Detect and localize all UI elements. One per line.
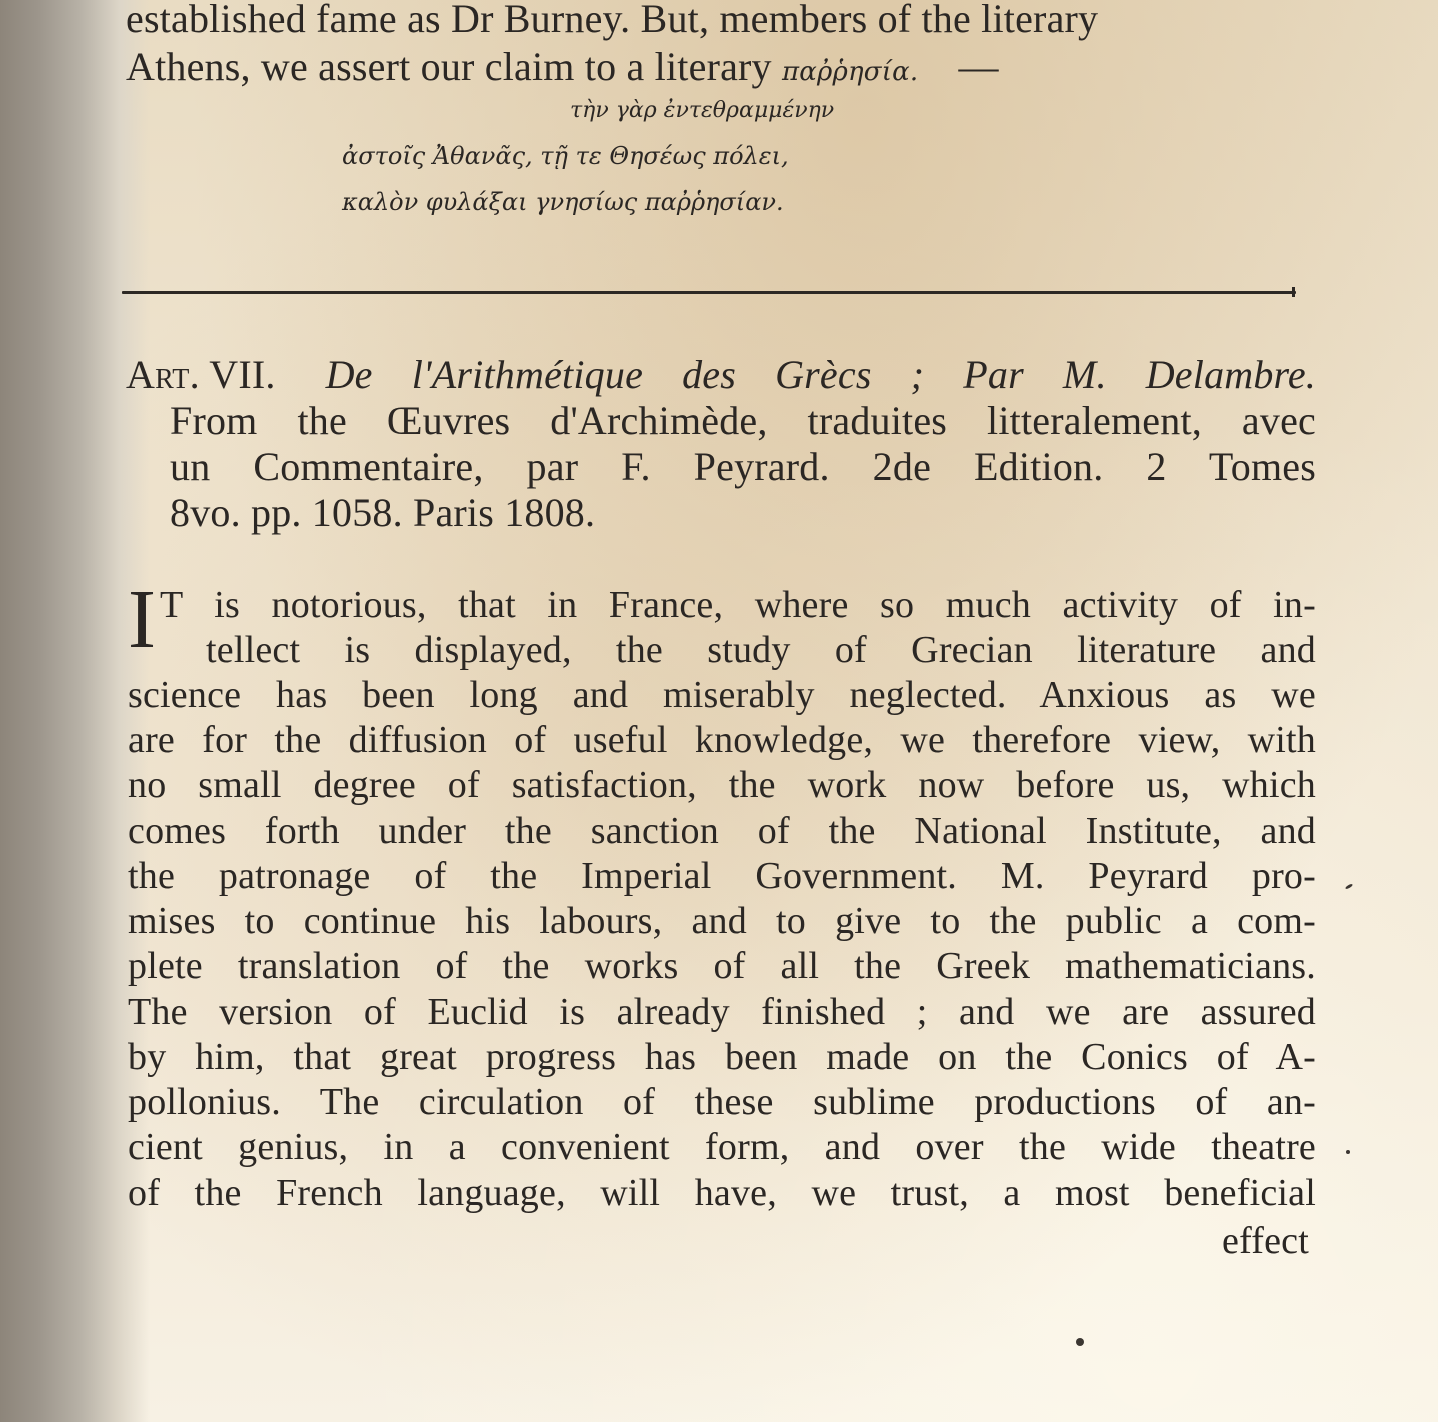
body-line-6: comes forth under the sanction of the Na… bbox=[128, 808, 1316, 854]
preceding-text-line-2: Athens, we assert our claim to a literar… bbox=[126, 44, 999, 95]
body-line-14: of the French language, will have, we tr… bbox=[128, 1170, 1316, 1216]
body-line-7: the patronage of the Imperial Government… bbox=[128, 853, 1316, 899]
catchword: effect bbox=[1222, 1218, 1309, 1264]
body-line-8: mises to continue his labours, and to gi… bbox=[128, 898, 1316, 944]
section-divider-rule bbox=[122, 291, 1296, 294]
ink-speck bbox=[1076, 1338, 1084, 1346]
greek-quote-line-2: ἀστοῖς Ἀθανᾶς, τῇ τε Θησέως πόλει, bbox=[342, 142, 789, 170]
greek-quote-line-1: τὴν γὰρ ἐντεθραμμένην bbox=[570, 98, 834, 123]
ink-speck bbox=[1345, 883, 1353, 890]
text: Athens, we assert our claim to a literar… bbox=[126, 44, 772, 89]
text: established fame as Dr Burney. But, memb… bbox=[126, 0, 1098, 41]
body-line-1: T is notorious, that in France, where so… bbox=[160, 582, 1316, 628]
preceding-text-line-1: established fame as Dr Burney. But, memb… bbox=[126, 0, 1314, 42]
body-line-3: science has been long and miserably negl… bbox=[128, 672, 1316, 718]
article-number: Art. VII. bbox=[126, 352, 276, 398]
article-title: De l'Arithmétique des Grècs ; Par M. Del… bbox=[326, 352, 1316, 398]
body-line-12: pollonius. The circulation of these subl… bbox=[128, 1079, 1316, 1125]
greek-word: παῤῥησία. bbox=[782, 57, 918, 87]
body-line-2: tellect is displayed, the study of Greci… bbox=[206, 627, 1316, 673]
citation-line-1: From the Œuvres d'Archimède, traduites l… bbox=[170, 398, 1316, 444]
citation-line-2: un Commentaire, par F. Peyrard. 2de Edit… bbox=[170, 444, 1316, 490]
ink-speck bbox=[1346, 1150, 1350, 1154]
body-line-11: by him, that great progress has been mad… bbox=[128, 1034, 1316, 1080]
body-line-5: no small degree of satisfaction, the wor… bbox=[128, 762, 1316, 808]
citation-line-3: 8vo. pp. 1058. Paris 1808. bbox=[170, 490, 595, 536]
body-line-10: The version of Euclid is already finishe… bbox=[128, 989, 1316, 1035]
drop-cap: I bbox=[128, 578, 156, 662]
scanned-page: established fame as Dr Burney. But, memb… bbox=[0, 0, 1438, 1422]
article-heading: Art. VII. De l'Arithmétique des Grècs ; … bbox=[126, 352, 1316, 398]
body-line-13: cient genius, in a convenient form, and … bbox=[128, 1124, 1316, 1170]
body-line-4: are for the diffusion of useful knowledg… bbox=[128, 717, 1316, 763]
greek-quote-line-3: καλὸν φυλάξαι γνησίως παῤῥησίαν. bbox=[342, 188, 784, 216]
em-dash: — bbox=[959, 44, 999, 89]
body-line-9: plete translation of the works of all th… bbox=[128, 943, 1316, 989]
section-divider-rule-end bbox=[1292, 287, 1295, 297]
